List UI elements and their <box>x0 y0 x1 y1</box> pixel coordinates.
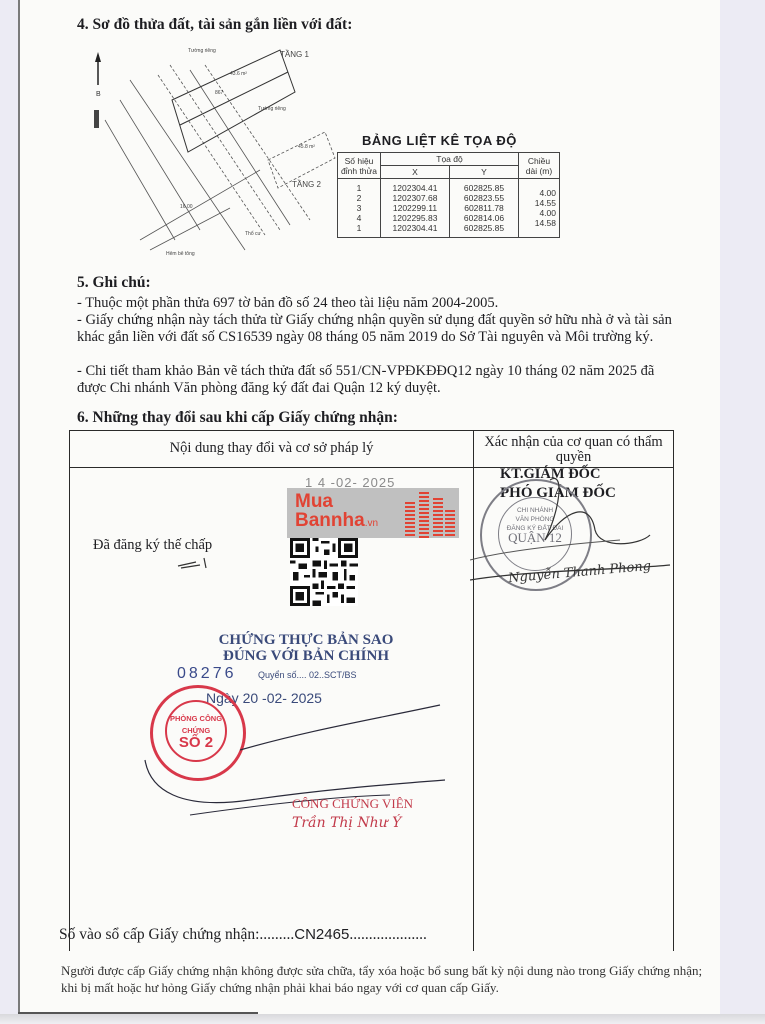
vertex-column: 1 2 3 4 1 <box>338 179 381 238</box>
watermark-logo-text: Mua Bannha.vn <box>295 492 378 533</box>
site-watermark: Mua Bannha.vn <box>287 488 459 538</box>
note-3: - Chi tiết tham khảo Bản vẽ tách thửa đấ… <box>77 363 687 397</box>
note-1: - Thuộc một phần thửa 697 tờ bản đồ số 2… <box>77 295 687 312</box>
mortgage-registration-entry: Đã đăng ký thế chấp <box>93 537 212 554</box>
notary-name: Trần Thị Như Ý <box>292 815 401 831</box>
north-arrow-icon <box>94 52 101 128</box>
registration-value: CN2465 <box>294 926 349 943</box>
y-column: 602825.85 602823.55 602811.78 602814.06 … <box>450 179 519 238</box>
svg-text:16.00: 16.00 <box>180 204 193 210</box>
svg-text:TẦNG 1: TẦNG 1 <box>280 49 309 59</box>
vertex-header: Số hiệu đỉnh thửa <box>338 153 381 179</box>
certification-number: 08276 <box>177 665 237 683</box>
notary-title: CÔNG CHỨNG VIÊN <box>292 796 413 812</box>
certification-book: Quyển số.... 02..SCT/BS <box>258 670 357 680</box>
x-header: X <box>381 166 450 179</box>
x-column: 1202304.41 1202307.68 1202299.11 1202295… <box>381 179 450 238</box>
director-signature <box>470 470 710 600</box>
change-content-header: Nội dung thay đổi và cơ sở pháp lý <box>70 440 473 457</box>
coords-header: Tọa độ <box>381 153 519 166</box>
note-2: - Giấy chứng nhận này tách thửa từ Giấy … <box>77 312 687 346</box>
registration-label: Số vào sổ cấp Giấy chứng nhận:......... <box>59 926 294 943</box>
initials-mark <box>176 556 216 570</box>
svg-text:Tường riêng: Tường riêng <box>258 106 286 112</box>
length-header: Chiều dài (m) <box>519 153 560 179</box>
next-page-edge <box>0 1014 765 1024</box>
svg-text:B: B <box>96 91 101 98</box>
section-5-heading: 5. Ghi chú: <box>77 274 151 292</box>
certified-copy-stamp: CHỨNG THỰC BẢN SAO ĐÚNG VỚI BẢN CHÍNH <box>206 632 406 664</box>
qr-code-icon <box>288 538 360 606</box>
coordinate-table: Số hiệu đỉnh thửa Tọa độ Chiều dài (m) X… <box>337 152 560 238</box>
building-icon <box>433 498 443 538</box>
authority-confirmation-header: Xác nhận của cơ quan có thẩm quyền <box>474 435 673 465</box>
svg-text:Thổ cư: Thổ cư <box>245 230 262 237</box>
svg-text:Hẻm bê tông: Hẻm bê tông <box>166 251 195 257</box>
section-6-heading: 6. Những thay đổi sau khi cấp Giấy chứng… <box>77 409 398 427</box>
y-header: Y <box>450 166 519 179</box>
svg-text:867: 867 <box>215 90 224 96</box>
svg-text:43.6 m²: 43.6 m² <box>230 71 247 77</box>
coordinate-table-title: BẢNG LIỆT KÊ TỌA ĐỘ <box>362 133 517 148</box>
warning-notice: Người được cấp Giấy chứng nhận không đượ… <box>61 962 711 996</box>
building-icon <box>445 510 455 538</box>
land-parcel-diagram: B TẦNG 1 TẦNG 2 867 43.6 m² 45.8 m² Tườn… <box>80 40 340 270</box>
svg-text:Tường riêng: Tường riêng <box>188 48 216 54</box>
length-column: 4.00 14.55 4.00 14.58 <box>519 179 560 238</box>
building-icon <box>419 492 429 538</box>
svg-text:TẦNG 2: TẦNG 2 <box>292 179 321 189</box>
building-icon <box>405 502 415 538</box>
certificate-registration-number: Số vào sổ cấp Giấy chứng nhận:.........C… <box>59 926 427 944</box>
section-4-heading: 4. Sơ đồ thửa đất, tài sản gắn liền với … <box>77 16 352 34</box>
svg-text:45.8 m²: 45.8 m² <box>298 144 315 150</box>
